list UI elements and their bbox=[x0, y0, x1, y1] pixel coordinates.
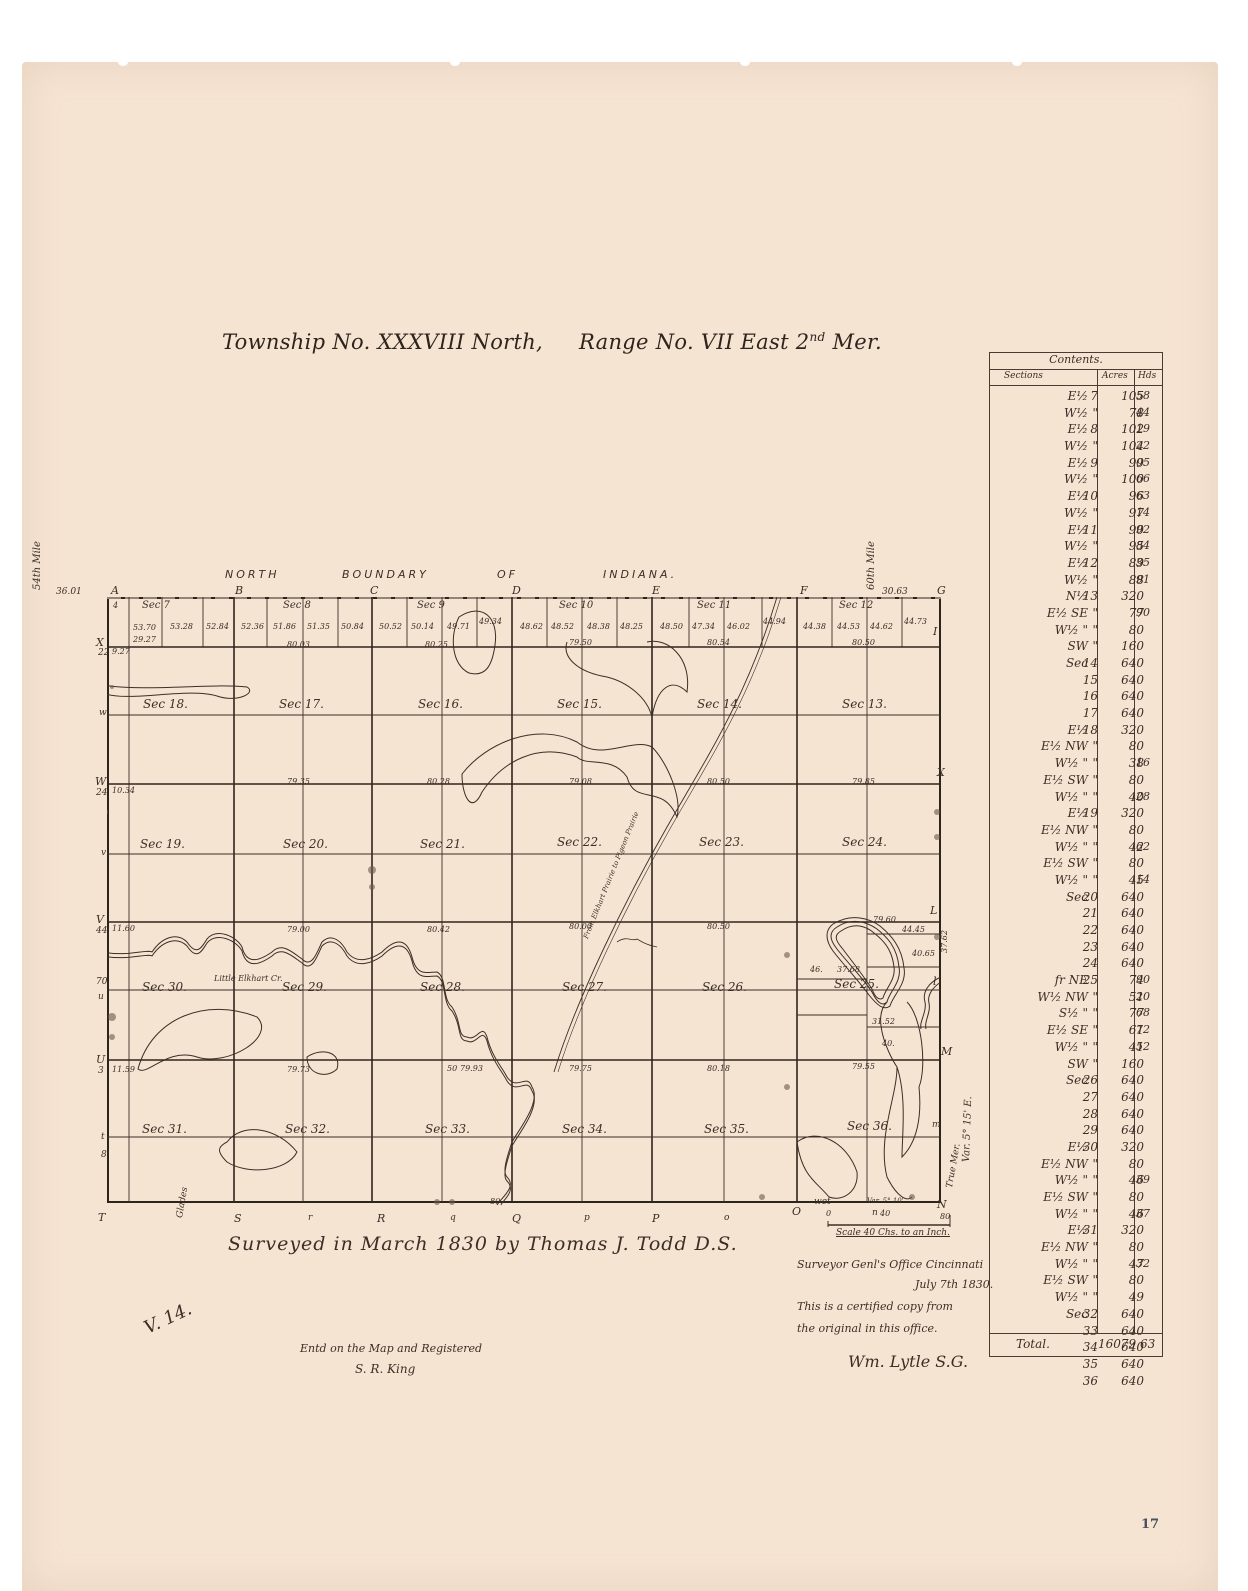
township-grid bbox=[107, 597, 945, 1207]
wet-label: wet bbox=[814, 1197, 831, 1207]
line-measure: 79.50 bbox=[569, 638, 592, 647]
lot-acreage: 53.70 bbox=[133, 623, 156, 632]
acres-value: 640 bbox=[1106, 890, 1144, 904]
section-label: Sec 14. bbox=[697, 697, 742, 711]
top-section-label: Sec 7 bbox=[142, 600, 170, 611]
section-label: Sec 24. bbox=[842, 835, 887, 849]
contents-row: SW"160 bbox=[990, 1057, 1162, 1074]
left-marker: w bbox=[99, 708, 107, 718]
contents-row: E½ NW"80 bbox=[990, 1157, 1162, 1174]
hundredths-value: 44 bbox=[1136, 406, 1158, 419]
bottom-corner: q bbox=[450, 1213, 456, 1223]
acres-value: 640 bbox=[1106, 656, 1144, 670]
contents-row: W½ ""3816 bbox=[990, 756, 1162, 773]
left-marker-value: 3 bbox=[98, 1066, 104, 1076]
acres-value: 80 bbox=[1106, 1190, 1144, 1204]
contents-row: Sec26640 bbox=[990, 1073, 1162, 1090]
lot-acreage: 44.73 bbox=[904, 617, 927, 626]
total-acres: 16079 bbox=[1098, 1337, 1136, 1351]
contents-row: E½30320 bbox=[990, 1140, 1162, 1157]
acres-value: 80 bbox=[1106, 856, 1144, 870]
hundredths-value: 19 bbox=[1136, 422, 1158, 435]
section-number: " bbox=[1078, 1173, 1098, 1187]
survey-note: Surveyed in March 1830 by Thomas J. Todd… bbox=[228, 1233, 738, 1255]
lot-acreage: 44.53 bbox=[837, 622, 860, 631]
acres-value: 49 bbox=[1106, 1290, 1144, 1304]
contents-row: E½109663 bbox=[990, 489, 1162, 506]
line-measure: 50 bbox=[447, 1064, 457, 1073]
bottom-corner: o bbox=[724, 1213, 729, 1223]
corner-letter: C bbox=[370, 584, 378, 597]
plat-title: Township No. XXXVIII North,Range No. VII… bbox=[222, 330, 882, 354]
contents-row: fr NE257490 bbox=[990, 973, 1162, 990]
hundredths-value: 37 bbox=[1136, 1207, 1158, 1220]
section-number: 15 bbox=[1078, 673, 1098, 687]
line-measure: 80.18 bbox=[707, 1064, 730, 1073]
section-number: " bbox=[1078, 1290, 1098, 1304]
hundredths-value: 52 bbox=[1136, 1040, 1158, 1053]
punch-hole bbox=[450, 58, 460, 66]
contents-row: 35640 bbox=[990, 1357, 1162, 1374]
contents-row: 17640 bbox=[990, 706, 1162, 723]
line-measure: 80.42 bbox=[427, 925, 450, 934]
contents-row: 27640 bbox=[990, 1090, 1162, 1107]
acres-value: 320 bbox=[1106, 1223, 1144, 1237]
acres-value: 640 bbox=[1106, 1374, 1144, 1388]
lot-acreage: 37.68 bbox=[837, 965, 860, 974]
left-marker: t bbox=[101, 1132, 105, 1142]
boundary-word: BOUNDARY bbox=[342, 568, 429, 581]
lot-acreage: 51.35 bbox=[307, 622, 330, 631]
certification-date: July 7th 1830. bbox=[915, 1278, 993, 1291]
section-number: 12 bbox=[1078, 556, 1098, 570]
section-number: 25 bbox=[1078, 973, 1098, 987]
contents-row: 22640 bbox=[990, 923, 1162, 940]
bottom-corner: S bbox=[234, 1212, 242, 1225]
line-measure: 79.35 bbox=[287, 777, 310, 786]
section-number: " bbox=[1078, 506, 1098, 520]
hundredths-value: 68 bbox=[1136, 1006, 1158, 1019]
section-number: " bbox=[1078, 856, 1098, 870]
left-marker: W bbox=[95, 775, 106, 788]
left-marker-value: 8 bbox=[101, 1150, 107, 1160]
contents-row: W½"8891 bbox=[990, 573, 1162, 590]
section-label: Sec 20. bbox=[283, 837, 328, 851]
bottom-corner: T bbox=[98, 1211, 105, 1224]
hundredths-value: 16 bbox=[1136, 756, 1158, 769]
bottom-corner: N bbox=[937, 1198, 947, 1211]
line-measure: 79.55 bbox=[852, 1062, 875, 1071]
meridian-text: Mer. bbox=[825, 330, 882, 354]
lot-acreage: 44.62 bbox=[870, 622, 893, 631]
section-number: " bbox=[1078, 1023, 1098, 1037]
contents-row: 36640 bbox=[990, 1374, 1162, 1391]
section-label: Sec 36. bbox=[847, 1119, 892, 1133]
section-number: 32 bbox=[1078, 1307, 1098, 1321]
hundredths-value: 58 bbox=[1136, 389, 1158, 402]
section-number: " bbox=[1078, 823, 1098, 837]
registration-signature: S. R. King bbox=[355, 1362, 415, 1376]
hundredths-value: 20 bbox=[1136, 990, 1158, 1003]
section-number: " bbox=[1078, 1006, 1098, 1020]
line-measure: 79.60 bbox=[873, 915, 896, 924]
hundredths-value: 22 bbox=[1136, 439, 1158, 452]
bottom-corner: r bbox=[308, 1213, 312, 1223]
hundredths-value: 66 bbox=[1136, 472, 1158, 485]
section-number: 31 bbox=[1078, 1223, 1098, 1237]
section-number: 36 bbox=[1078, 1374, 1098, 1388]
column-header: Acres bbox=[1102, 371, 1128, 381]
contents-row: Sec32640 bbox=[990, 1307, 1162, 1324]
scale-tick: 40 bbox=[880, 1209, 890, 1218]
page-number: 17 bbox=[1141, 1517, 1159, 1532]
line-measure: 79.08 bbox=[569, 777, 592, 786]
line-measure: 80.03 bbox=[287, 640, 310, 649]
hundredths-value: 92 bbox=[1136, 523, 1158, 536]
contents-row: E½18320 bbox=[990, 723, 1162, 740]
contents-row: Sec14640 bbox=[990, 656, 1162, 673]
contents-row: W½ ""80 bbox=[990, 623, 1162, 640]
acres-value: 640 bbox=[1106, 1307, 1144, 1321]
contents-row: W½"9584 bbox=[990, 539, 1162, 556]
contents-row: E½ SE"6172 bbox=[990, 1023, 1162, 1040]
lot-acreage: 48.25 bbox=[620, 622, 643, 631]
acres-value: 80 bbox=[1106, 623, 1144, 637]
line-measure: 79.85 bbox=[852, 777, 875, 786]
acres-value: 320 bbox=[1106, 1140, 1144, 1154]
contents-row: 24640 bbox=[990, 956, 1162, 973]
right-marker: M bbox=[941, 1045, 952, 1058]
hundredths-value: 28 bbox=[1136, 790, 1158, 803]
section-label: Sec 35. bbox=[704, 1122, 749, 1136]
section-number: " bbox=[1078, 1040, 1098, 1054]
registration-note: Entd on the Map and Registered bbox=[300, 1342, 482, 1355]
contents-title: Contents. bbox=[990, 353, 1162, 370]
section-number: " bbox=[1078, 990, 1098, 1004]
scale-label: Scale 40 Chs. to an Inch. bbox=[836, 1228, 950, 1238]
bottom-measure: 80 bbox=[490, 1197, 500, 1206]
top-section-label: Sec 11 bbox=[697, 600, 731, 611]
hundredths-value: 39 bbox=[1136, 1173, 1158, 1186]
acres-value: 80 bbox=[1106, 1157, 1144, 1171]
lot-acreage: 48.62 bbox=[520, 622, 543, 631]
left-marker: V bbox=[96, 913, 104, 926]
contents-row: S½ ""7768 bbox=[990, 1006, 1162, 1023]
punch-hole bbox=[1012, 58, 1022, 66]
township-map: 4 53.70 29.27 Sec 7 53.28 52.84 52.36 51… bbox=[107, 597, 945, 1207]
left-marker: U bbox=[96, 1053, 105, 1066]
contents-row: E½119092 bbox=[990, 523, 1162, 540]
contents-rows: E½710558W½"7844E½810219W½"10422E½99905W½… bbox=[990, 389, 1162, 1390]
section-number: 29 bbox=[1078, 1123, 1098, 1137]
section-number: " bbox=[1078, 406, 1098, 420]
contents-row: E½ SW"80 bbox=[990, 1273, 1162, 1290]
section-number: " bbox=[1078, 1190, 1098, 1204]
variation-small-label: Var. 5° 10' bbox=[867, 1197, 904, 1205]
certification-text: This is a certified copy from bbox=[797, 1300, 953, 1313]
section-label: Sec 33. bbox=[425, 1122, 470, 1136]
section-number: " bbox=[1078, 1240, 1098, 1254]
section-number: " bbox=[1078, 756, 1098, 770]
line-measure: 80.50 bbox=[707, 922, 730, 931]
left-offset-value: 10.34 bbox=[112, 786, 135, 795]
line-measure: 80.28 bbox=[427, 777, 450, 786]
creek-label: Little Elkhart Cr. bbox=[214, 974, 283, 983]
acres-value: 640 bbox=[1106, 1073, 1144, 1087]
certification-office: Surveyor Genl's Office Cincinnati bbox=[797, 1258, 983, 1271]
section-number: 17 bbox=[1078, 706, 1098, 720]
right-marker: l bbox=[933, 975, 937, 988]
boundary-word: INDIANA. bbox=[603, 568, 677, 581]
top-section-label: Sec 9 bbox=[417, 600, 445, 611]
corner-letter: D bbox=[512, 584, 521, 597]
hundredths-value: 14 bbox=[1136, 873, 1158, 886]
left-marker: v bbox=[101, 848, 106, 858]
lot-acreage: 49.71 bbox=[447, 622, 470, 631]
acres-value: 640 bbox=[1106, 940, 1144, 954]
contents-row: W½"7844 bbox=[990, 406, 1162, 423]
contents-row: W½ ""4028 bbox=[990, 790, 1162, 807]
hundredths-value: 63 bbox=[1136, 489, 1158, 502]
hundredths-value: 35 bbox=[1136, 556, 1158, 569]
section-label: Sec 15. bbox=[557, 697, 602, 711]
section-number: " bbox=[1078, 790, 1098, 804]
left-offset-value: 11.59 bbox=[112, 1065, 135, 1074]
range-sup: nd bbox=[809, 330, 825, 344]
line-measure: 44.45 bbox=[902, 925, 925, 934]
lot-acreage: 48.50 bbox=[660, 622, 683, 631]
acres-value: 80 bbox=[1106, 823, 1144, 837]
acres-value: 80 bbox=[1106, 773, 1144, 787]
section-number: 23 bbox=[1078, 940, 1098, 954]
total-label: Total. bbox=[1016, 1337, 1050, 1351]
contents-row: E½ NW"80 bbox=[990, 823, 1162, 840]
bottom-corner: Q bbox=[512, 1212, 521, 1225]
top-section-label: Sec 12 bbox=[839, 600, 873, 611]
acres-value: 160 bbox=[1106, 1057, 1144, 1071]
contents-row: W½ ""49 bbox=[990, 1290, 1162, 1307]
contents-row: E½31320 bbox=[990, 1223, 1162, 1240]
acres-value: 80 bbox=[1106, 1240, 1144, 1254]
section-label: Sec 16. bbox=[418, 697, 463, 711]
hundredths-value: 90 bbox=[1136, 606, 1158, 619]
acres-value: 320 bbox=[1106, 589, 1144, 603]
line-measure: 79.93 bbox=[460, 1064, 483, 1073]
lot-acreage: 44.38 bbox=[803, 622, 826, 631]
section-label: Sec 30. bbox=[142, 980, 187, 994]
section-label: Sec 27. bbox=[562, 980, 607, 994]
line-measure: 80.50 bbox=[852, 638, 875, 647]
section-number: 8 bbox=[1078, 422, 1098, 436]
hundredths-value: 14 bbox=[1136, 506, 1158, 519]
lot-acreage: 44.94 bbox=[763, 617, 786, 626]
line-measure: 80.25 bbox=[425, 640, 448, 649]
section-number: 14 bbox=[1078, 656, 1098, 670]
variation-label: Var. 5° 15' E. bbox=[961, 1096, 974, 1162]
section-number: 28 bbox=[1078, 1107, 1098, 1121]
left-mile-label: 54th Mile bbox=[32, 541, 43, 590]
section-number: 20 bbox=[1078, 890, 1098, 904]
left-marker-value: 22 bbox=[98, 648, 109, 658]
contents-row: E½710558 bbox=[990, 389, 1162, 406]
acres-value: 640 bbox=[1106, 1357, 1144, 1371]
acres-value: 640 bbox=[1106, 689, 1144, 703]
lot-acreage: 50.14 bbox=[411, 622, 434, 631]
acres-value: 80 bbox=[1106, 739, 1144, 753]
contents-row: W½ ""4514 bbox=[990, 873, 1162, 890]
hundredths-value: 05 bbox=[1136, 456, 1158, 469]
contents-row: E½ SW"80 bbox=[990, 856, 1162, 873]
column-header: Hds bbox=[1138, 371, 1156, 381]
contents-row: 28640 bbox=[990, 1107, 1162, 1124]
acres-value: 160 bbox=[1106, 639, 1144, 653]
lot-number: 4 bbox=[113, 601, 118, 610]
section-number: 9 bbox=[1078, 456, 1098, 470]
lot-acreage: 40. bbox=[882, 1039, 895, 1048]
section-number: 7 bbox=[1078, 389, 1098, 403]
corner-letter: G bbox=[937, 584, 946, 597]
hundredths-value: 32 bbox=[1136, 1257, 1158, 1270]
corner-letter: F bbox=[800, 584, 808, 597]
hundredths-value: 62 bbox=[1136, 840, 1158, 853]
section-label: Sec 22. bbox=[557, 835, 602, 849]
certification-signature: Wm. Lytle S.G. bbox=[848, 1352, 968, 1371]
section-label: Sec 19. bbox=[140, 837, 185, 851]
contents-row: E½ SW"80 bbox=[990, 1190, 1162, 1207]
total-hundredths: 63 bbox=[1140, 1337, 1155, 1351]
lot-acreage: 50.52 bbox=[379, 622, 402, 631]
lot-acreage: 31.52 bbox=[872, 1017, 895, 1026]
section-label: Sec 29. bbox=[282, 980, 327, 994]
scale-tick: 80 bbox=[940, 1212, 950, 1221]
bottom-corner: O bbox=[792, 1205, 801, 1218]
section-number: " bbox=[1078, 606, 1098, 620]
section-number: 13 bbox=[1078, 589, 1098, 603]
left-offset-value: 11.60 bbox=[112, 924, 135, 933]
section-label: Sec 13. bbox=[842, 697, 887, 711]
section-number: 19 bbox=[1078, 806, 1098, 820]
left-marker-value: 24 bbox=[96, 788, 107, 798]
punch-hole bbox=[740, 58, 750, 66]
hundredths-value: 90 bbox=[1136, 973, 1158, 986]
range-text: Range No. VII East 2 bbox=[579, 330, 809, 354]
right-mile-label: 60th Mile bbox=[866, 541, 877, 590]
contents-row: E½19320 bbox=[990, 806, 1162, 823]
lot-acreage: 48.52 bbox=[551, 622, 574, 631]
section-label: Sec 32. bbox=[285, 1122, 330, 1136]
line-measure: 79.00 bbox=[287, 925, 310, 934]
acres-value: 640 bbox=[1106, 956, 1144, 970]
contents-row: W½ ""4262 bbox=[990, 840, 1162, 857]
section-number: " bbox=[1078, 472, 1098, 486]
lot-acreage: 50.84 bbox=[341, 622, 364, 631]
lot-acreage: 51.86 bbox=[273, 622, 296, 631]
right-marker: X bbox=[937, 766, 945, 779]
lot-acreage: 40.65 bbox=[912, 949, 935, 958]
bottom-corner: R bbox=[377, 1212, 385, 1225]
lot-acreage: 48.38 bbox=[587, 622, 610, 631]
top-section-label: Sec 8 bbox=[283, 600, 311, 611]
section-number: 30 bbox=[1078, 1140, 1098, 1154]
contents-row: W½"10066 bbox=[990, 472, 1162, 489]
contents-total-row: Total. 16079 63 bbox=[990, 1333, 1162, 1356]
section-number: " bbox=[1078, 840, 1098, 854]
lot-extra: 29.27 bbox=[133, 635, 156, 644]
certification-text: the original in this office. bbox=[797, 1322, 938, 1335]
scale-tick: 0 bbox=[826, 1209, 831, 1218]
section-label: Sec 28. bbox=[420, 980, 465, 994]
contents-table: Contents. Sections Acres Hds E½710558W½"… bbox=[989, 352, 1163, 1357]
line-measure: 79.73 bbox=[287, 1065, 310, 1074]
bottom-corner: P bbox=[652, 1212, 659, 1225]
section-number: 21 bbox=[1078, 906, 1098, 920]
section-number: " bbox=[1078, 573, 1098, 587]
contents-row: W½"9714 bbox=[990, 506, 1162, 523]
boundary-word: NORTH bbox=[225, 568, 280, 581]
corner-letter: E bbox=[652, 584, 660, 597]
section-number: 35 bbox=[1078, 1357, 1098, 1371]
contents-row: E½ SW"80 bbox=[990, 773, 1162, 790]
section-label: Sec 17. bbox=[279, 697, 324, 711]
section-number: " bbox=[1078, 1057, 1098, 1071]
lot-acreage: 46. bbox=[810, 965, 823, 974]
boundary-word: OF bbox=[497, 568, 518, 581]
hundredths-value: 91 bbox=[1136, 573, 1158, 586]
contents-row: 15640 bbox=[990, 673, 1162, 690]
section-number: 24 bbox=[1078, 956, 1098, 970]
acres-value: 640 bbox=[1106, 1123, 1144, 1137]
right-marker: L bbox=[930, 904, 937, 917]
contents-row: SW"160 bbox=[990, 639, 1162, 656]
contents-row: W½ ""4639 bbox=[990, 1173, 1162, 1190]
lot-acreage: 52.84 bbox=[206, 622, 229, 631]
line-measure: 80.50 bbox=[707, 777, 730, 786]
contents-row: 16640 bbox=[990, 689, 1162, 706]
acres-value: 640 bbox=[1106, 906, 1144, 920]
contents-header: Sections Acres Hds bbox=[990, 370, 1162, 386]
section-number: 18 bbox=[1078, 723, 1098, 737]
contents-row: N½13320 bbox=[990, 589, 1162, 606]
section-number: 16 bbox=[1078, 689, 1098, 703]
left-offset-value: 9.27 bbox=[112, 647, 130, 656]
corner-letter: B bbox=[235, 584, 243, 597]
section-number: " bbox=[1078, 773, 1098, 787]
section-label: Sec 25. bbox=[834, 977, 879, 991]
section-label: Sec 23. bbox=[699, 835, 744, 849]
left-marker-value: 70 bbox=[96, 977, 107, 987]
section-number: " bbox=[1078, 439, 1098, 453]
contents-row: W½ ""4637 bbox=[990, 1207, 1162, 1224]
contents-row: W½"10422 bbox=[990, 439, 1162, 456]
acres-value: 640 bbox=[1106, 706, 1144, 720]
section-label: Sec 34. bbox=[562, 1122, 607, 1136]
right-marker: I bbox=[933, 625, 937, 638]
section-number: 11 bbox=[1078, 523, 1098, 537]
line-measure: 79.75 bbox=[569, 1064, 592, 1073]
acres-value: 640 bbox=[1106, 1107, 1144, 1121]
township-label: Township No. XXXVIII North, bbox=[222, 330, 543, 354]
column-header: Sections bbox=[1004, 371, 1043, 381]
section-number: 27 bbox=[1078, 1090, 1098, 1104]
lot-acreage: 47.34 bbox=[692, 622, 715, 631]
range-label: Range No. VII East 2nd Mer. bbox=[579, 330, 882, 354]
contents-row: E½ SE"7790 bbox=[990, 606, 1162, 623]
section-label: Sec 21. bbox=[420, 837, 465, 851]
lot-acreage: 53.28 bbox=[170, 622, 193, 631]
contents-row: Sec20640 bbox=[990, 890, 1162, 907]
right-marker: m bbox=[932, 1120, 941, 1130]
right-offset: 30.63 bbox=[882, 587, 908, 597]
